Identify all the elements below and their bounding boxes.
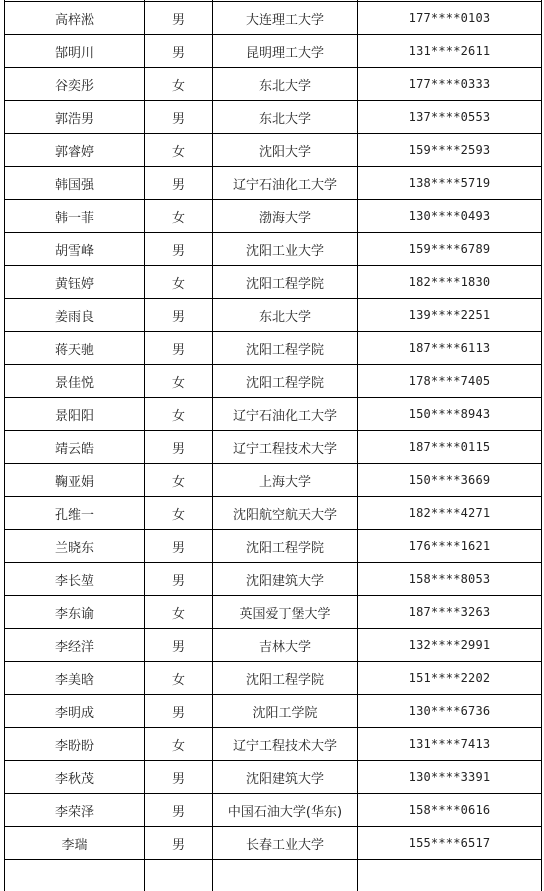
cell-name: 郭睿婷 (5, 134, 145, 167)
cell-phone: 151****2202 (358, 662, 542, 695)
table-row: 郭睿婷女沈阳大学159****2593 (5, 134, 542, 167)
cell-school: 沈阳建筑大学 (213, 761, 358, 794)
table-row: 李长堃男沈阳建筑大学158****8053 (5, 563, 542, 596)
cell-phone: 187****0115 (358, 431, 542, 464)
table-row: 李东谕女英国爱丁堡大学187****3263 (5, 596, 542, 629)
cell-phone: 182****4271 (358, 497, 542, 530)
cell-phone: 130****3391 (358, 761, 542, 794)
table-row: 黄钰婷女沈阳工程学院182****1830 (5, 266, 542, 299)
cell-phone: 159****6789 (358, 233, 542, 266)
cell-name: 李东谕 (5, 596, 145, 629)
cell-school: 沈阳工程学院 (213, 662, 358, 695)
cell-name: 姜雨良 (5, 299, 145, 332)
cell-gender: 女 (145, 464, 213, 497)
cell-name: 郜明川 (5, 35, 145, 68)
cell-school: 英国爱丁堡大学 (213, 596, 358, 629)
table-row: 孔维一女沈阳航空航天大学182****4271 (5, 497, 542, 530)
cell-name: 胡雪峰 (5, 233, 145, 266)
table-row: 谷奕彤女东北大学177****0333 (5, 68, 542, 101)
cell-name: 李秋茂 (5, 761, 145, 794)
roster-table-body: 高梓淞男大连理工大学177****0103郜明川男昆明理工大学131****26… (5, 0, 542, 891)
cell-phone: 130****0493 (358, 200, 542, 233)
cell-school: 辽宁工程技术大学 (213, 431, 358, 464)
cell-phone: 150****8943 (358, 398, 542, 431)
table-row (5, 860, 542, 891)
cell-gender: 男 (145, 332, 213, 365)
table-row: 胡雪峰男沈阳工业大学159****6789 (5, 233, 542, 266)
cell-name: 景佳悦 (5, 365, 145, 398)
cell-name: 谷奕彤 (5, 68, 145, 101)
cell-school: 沈阳建筑大学 (213, 563, 358, 596)
cell-phone: 159****2593 (358, 134, 542, 167)
cell-school: 东北大学 (213, 68, 358, 101)
roster-table: 高梓淞男大连理工大学177****0103郜明川男昆明理工大学131****26… (4, 0, 542, 891)
cell-gender: 男 (145, 431, 213, 464)
cell-gender: 男 (145, 233, 213, 266)
cell-name: 郭浩男 (5, 101, 145, 134)
cell-name: 兰晓东 (5, 530, 145, 563)
cell-gender: 男 (145, 629, 213, 662)
cell-name: 李美晗 (5, 662, 145, 695)
cell-gender: 男 (145, 101, 213, 134)
cell-school: 沈阳工业大学 (213, 233, 358, 266)
cell-school: 中国石油大学(华东) (213, 794, 358, 827)
cell-phone: 131****7413 (358, 728, 542, 761)
cell-gender: 女 (145, 200, 213, 233)
cell-phone: 177****0103 (358, 2, 542, 35)
cell-gender: 男 (145, 299, 213, 332)
cell-phone: 150****3669 (358, 464, 542, 497)
cell-gender: 男 (145, 761, 213, 794)
cell-name: 李经洋 (5, 629, 145, 662)
cell-school (213, 860, 358, 891)
cell-name: 蒋天驰 (5, 332, 145, 365)
cell-school: 沈阳工程学院 (213, 365, 358, 398)
cell-gender: 女 (145, 398, 213, 431)
table-row: 李明成男沈阳工学院130****6736 (5, 695, 542, 728)
cell-name: 景阳阳 (5, 398, 145, 431)
cell-school: 长春工业大学 (213, 827, 358, 860)
cell-school: 沈阳工程学院 (213, 266, 358, 299)
cell-school: 辽宁工程技术大学 (213, 728, 358, 761)
table-row: 姜雨良男东北大学139****2251 (5, 299, 542, 332)
cell-phone: 187****3263 (358, 596, 542, 629)
cell-name: 韩一菲 (5, 200, 145, 233)
cell-name: 李明成 (5, 695, 145, 728)
cell-school: 昆明理工大学 (213, 35, 358, 68)
cell-phone: 176****1621 (358, 530, 542, 563)
cell-phone: 131****2611 (358, 35, 542, 68)
cell-school: 沈阳工学院 (213, 695, 358, 728)
cell-name: 李长堃 (5, 563, 145, 596)
cell-school: 辽宁石油化工大学 (213, 167, 358, 200)
cell-school: 吉林大学 (213, 629, 358, 662)
cell-name (5, 860, 145, 891)
cell-gender: 男 (145, 695, 213, 728)
table-row: 鞠亚娟女上海大学150****3669 (5, 464, 542, 497)
cell-name: 靖云皓 (5, 431, 145, 464)
cell-gender: 男 (145, 794, 213, 827)
cell-school: 渤海大学 (213, 200, 358, 233)
table-row: 郭浩男男东北大学137****0553 (5, 101, 542, 134)
cell-name: 高梓淞 (5, 2, 145, 35)
cell-gender: 女 (145, 662, 213, 695)
cell-gender: 男 (145, 2, 213, 35)
cell-phone: 182****1830 (358, 266, 542, 299)
cell-school: 东北大学 (213, 299, 358, 332)
table-row: 韩一菲女渤海大学130****0493 (5, 200, 542, 233)
cell-phone: 139****2251 (358, 299, 542, 332)
cell-school: 沈阳大学 (213, 134, 358, 167)
cell-gender: 女 (145, 728, 213, 761)
cell-phone: 187****6113 (358, 332, 542, 365)
cell-school: 东北大学 (213, 101, 358, 134)
cell-name: 李盼盼 (5, 728, 145, 761)
cell-school: 沈阳工程学院 (213, 332, 358, 365)
cell-name: 李瑞 (5, 827, 145, 860)
table-row: 李荣泽男中国石油大学(华东)158****0616 (5, 794, 542, 827)
cell-gender: 男 (145, 530, 213, 563)
cell-phone: 138****5719 (358, 167, 542, 200)
cell-gender (145, 860, 213, 891)
roster-table-container: 高梓淞男大连理工大学177****0103郜明川男昆明理工大学131****26… (4, 0, 542, 891)
table-row: 韩国强男辽宁石油化工大学138****5719 (5, 167, 542, 200)
cell-gender: 男 (145, 563, 213, 596)
cell-gender: 男 (145, 35, 213, 68)
cell-phone: 130****6736 (358, 695, 542, 728)
cell-phone: 158****0616 (358, 794, 542, 827)
cell-phone: 177****0333 (358, 68, 542, 101)
cell-name: 鞠亚娟 (5, 464, 145, 497)
table-row: 李秋茂男沈阳建筑大学130****3391 (5, 761, 542, 794)
table-row: 靖云皓男辽宁工程技术大学187****0115 (5, 431, 542, 464)
table-row: 李美晗女沈阳工程学院151****2202 (5, 662, 542, 695)
cell-name: 黄钰婷 (5, 266, 145, 299)
cell-name: 李荣泽 (5, 794, 145, 827)
cell-phone: 137****0553 (358, 101, 542, 134)
cell-name: 韩国强 (5, 167, 145, 200)
table-row: 郜明川男昆明理工大学131****2611 (5, 35, 542, 68)
table-row: 景阳阳女辽宁石油化工大学150****8943 (5, 398, 542, 431)
table-row: 李瑞男长春工业大学155****6517 (5, 827, 542, 860)
cell-phone: 178****7405 (358, 365, 542, 398)
table-row: 兰晓东男沈阳工程学院176****1621 (5, 530, 542, 563)
table-row: 蒋天驰男沈阳工程学院187****6113 (5, 332, 542, 365)
cell-school: 上海大学 (213, 464, 358, 497)
cell-phone: 158****8053 (358, 563, 542, 596)
table-row: 李经洋男吉林大学132****2991 (5, 629, 542, 662)
cell-school: 大连理工大学 (213, 2, 358, 35)
table-row: 李盼盼女辽宁工程技术大学131****7413 (5, 728, 542, 761)
cell-phone (358, 860, 542, 891)
table-row: 高梓淞男大连理工大学177****0103 (5, 2, 542, 35)
cell-gender: 男 (145, 167, 213, 200)
cell-name: 孔维一 (5, 497, 145, 530)
cell-gender: 女 (145, 497, 213, 530)
cell-gender: 男 (145, 827, 213, 860)
cell-phone: 155****6517 (358, 827, 542, 860)
cell-school: 辽宁石油化工大学 (213, 398, 358, 431)
cell-phone: 132****2991 (358, 629, 542, 662)
cell-gender: 女 (145, 134, 213, 167)
table-row: 景佳悦女沈阳工程学院178****7405 (5, 365, 542, 398)
cell-school: 沈阳工程学院 (213, 530, 358, 563)
cell-gender: 女 (145, 266, 213, 299)
cell-gender: 女 (145, 365, 213, 398)
cell-gender: 女 (145, 596, 213, 629)
cell-gender: 女 (145, 68, 213, 101)
cell-school: 沈阳航空航天大学 (213, 497, 358, 530)
